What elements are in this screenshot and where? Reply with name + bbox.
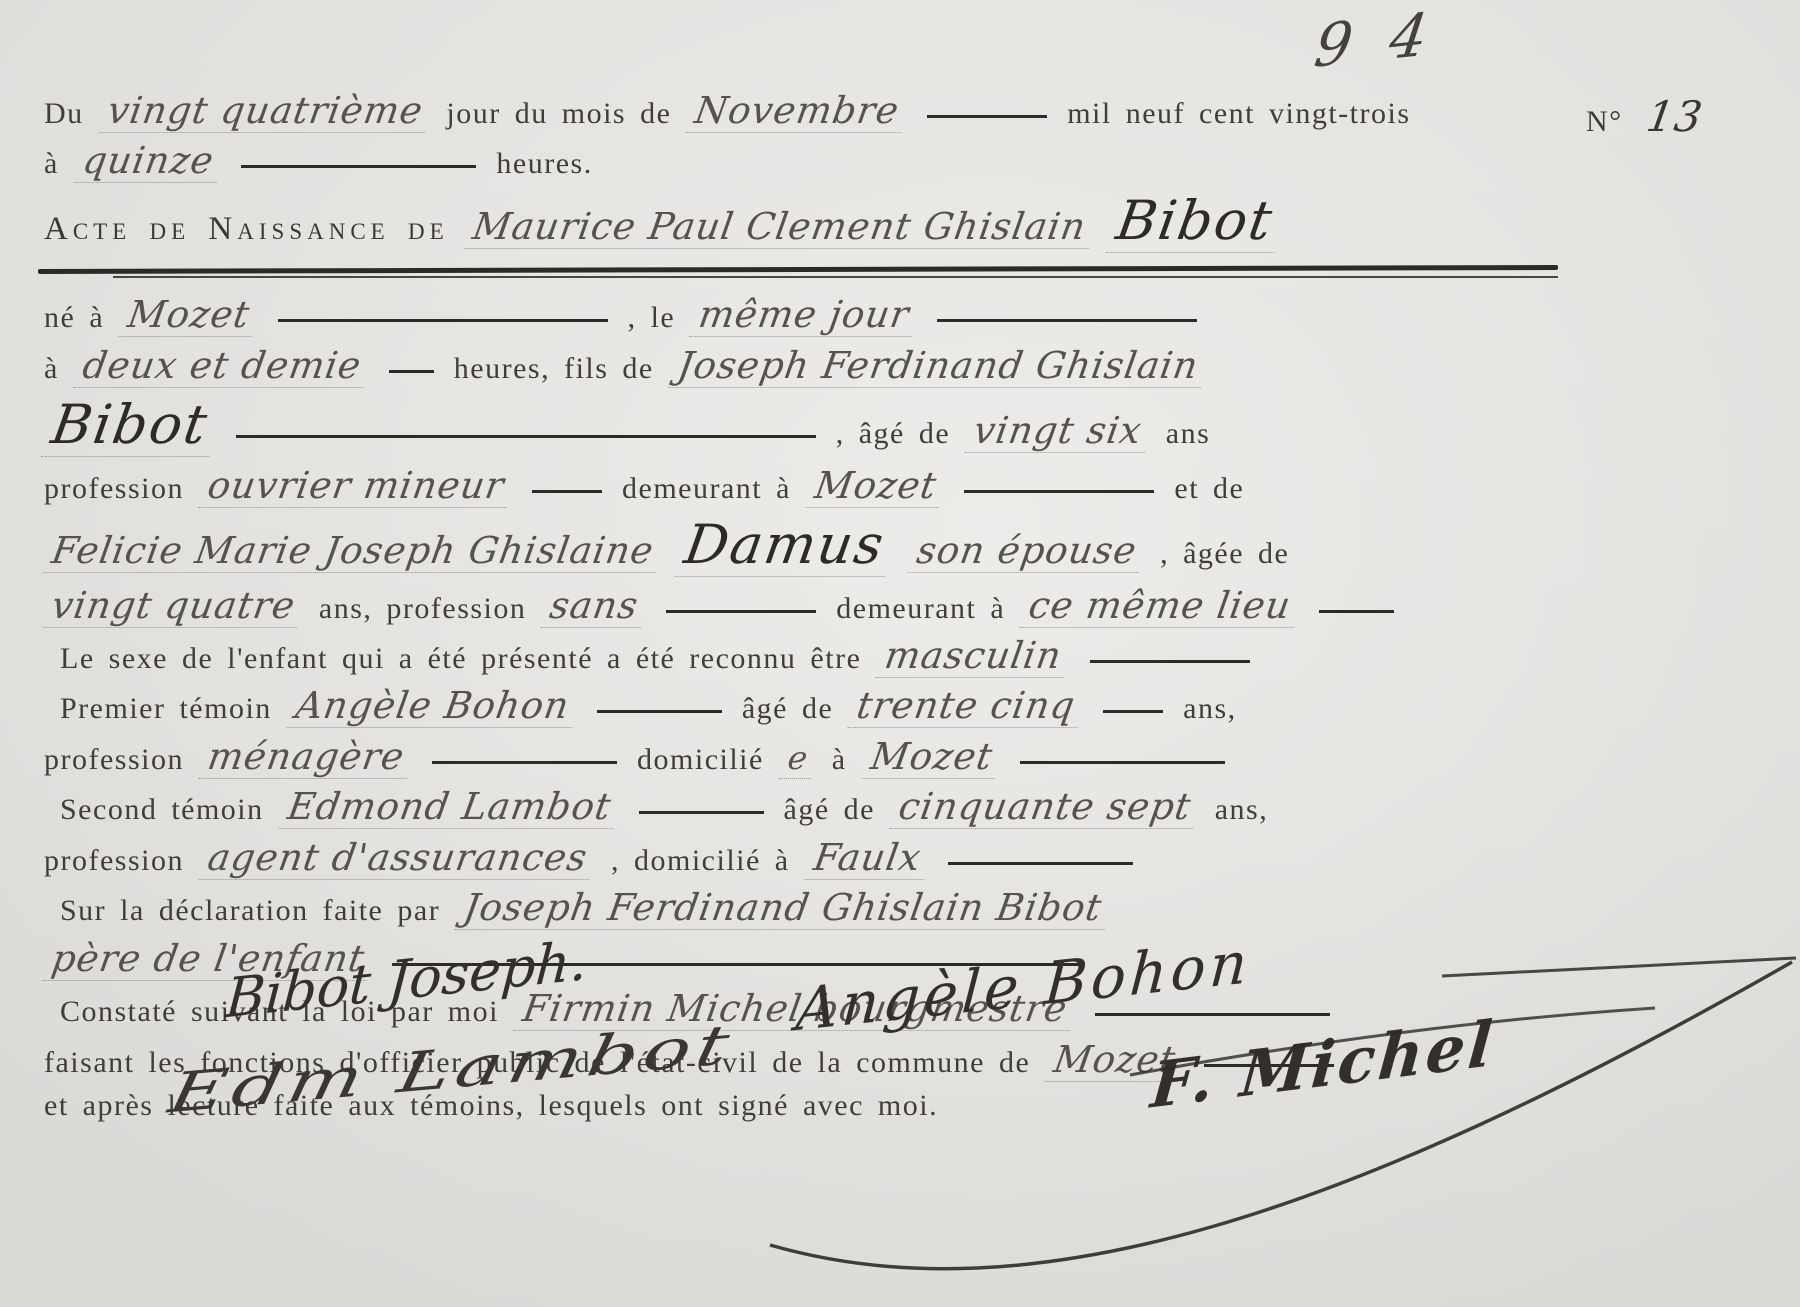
- printed-ans: ans,: [1183, 692, 1237, 725]
- hw-child-surname: Bibot: [1106, 191, 1284, 253]
- hw-mother-profession: sans: [541, 585, 648, 628]
- blank-rule: [241, 165, 476, 168]
- blank-rule: [639, 811, 764, 814]
- line-mother-profession: vingt quatre ans, profession sans demeur…: [38, 585, 1578, 628]
- blank-rule: [948, 862, 1133, 865]
- separator-thin-line: [113, 276, 1558, 278]
- blank-rule: [927, 115, 1047, 118]
- blank-rule: [389, 370, 434, 373]
- hw-feminine-e: e: [779, 741, 817, 779]
- printed-a: à: [832, 743, 847, 776]
- printed-jour-du-mois: jour du mois de: [446, 97, 671, 130]
- hw-child-given-names: Maurice Paul Clement Ghislain: [463, 206, 1095, 249]
- hw-birth-day: même jour: [690, 294, 919, 337]
- printed-demeurant-a: demeurant à: [836, 592, 1005, 625]
- blank-rule: [1020, 761, 1225, 764]
- line-acte-title: Acte de Naissance de Maurice Paul Clemen…: [38, 191, 1578, 253]
- hw-first-witness-age: trente cinq: [848, 685, 1085, 728]
- blank-rule: [1319, 610, 1394, 613]
- printed-du: Du: [44, 97, 84, 130]
- line-first-witness-profession: profession ménagère domicilié e à Mozet: [38, 736, 1578, 779]
- line-date: Du vingt quatrième jour du mois de Novem…: [38, 90, 1578, 133]
- hw-second-witness-age: cinquante sept: [890, 786, 1201, 829]
- blank-rule: [964, 490, 1154, 493]
- line-second-witness: Second témoin Edmond Lambot âgé de cinqu…: [38, 786, 1578, 829]
- blank-rule: [236, 435, 816, 438]
- printed-heures: heures.: [496, 147, 592, 180]
- hw-second-witness-name: Edmond Lambot: [278, 786, 620, 829]
- hw-mother-residence: ce même lieu: [1020, 585, 1300, 628]
- printed-agee-de: , âgée de: [1160, 537, 1289, 570]
- line-father-surname: Bibot , âgé de vingt six ans: [38, 395, 1578, 457]
- pencil-annotation: 9 4: [1310, 0, 1441, 81]
- hw-mother-given-names: Felicie Marie Joseph Ghislaine: [43, 530, 663, 573]
- line-hour: à quinze heures.: [38, 140, 1578, 183]
- hw-hour: quinze: [73, 140, 222, 183]
- hw-mother-epouse: son épouse: [907, 530, 1145, 573]
- printed-age-de: , âgé de: [836, 417, 950, 450]
- printed-ans: ans: [1166, 417, 1211, 450]
- printed-age-de: âgé de: [742, 692, 833, 725]
- blank-rule: [432, 761, 617, 764]
- printed-acte-de-naissance: Acte de Naissance de: [44, 211, 449, 247]
- hw-father-profession: ouvrier mineur: [199, 465, 514, 508]
- line-birthplace: né à Mozet , le même jour: [38, 294, 1578, 337]
- printed-heures-fils-de: heures, fils de: [454, 352, 654, 385]
- printed-declaration: Sur la déclaration faite par: [60, 894, 440, 927]
- printed-profession: profession: [44, 472, 184, 505]
- hw-sex-value: masculin: [876, 635, 1071, 678]
- printed-et-de: et de: [1174, 472, 1244, 505]
- blank-rule: [532, 490, 602, 493]
- blank-rule: [1090, 660, 1250, 663]
- hw-father-residence: Mozet: [806, 465, 946, 508]
- blank-rule: [597, 710, 722, 713]
- hw-father-surname: Bibot: [41, 395, 219, 457]
- birth-certificate-scan: 9 4 N° 13 Du vingt quatrième jour du moi…: [0, 0, 1800, 1307]
- hw-first-witness-name: Angèle Bohon: [286, 685, 578, 728]
- hw-father-age: vingt six: [965, 410, 1151, 453]
- printed-year: mil neuf cent vingt-trois: [1067, 97, 1410, 130]
- hw-day-ordinal: vingt quatrième: [98, 90, 432, 133]
- blank-rule: [278, 319, 608, 322]
- printed-age-de: âgé de: [784, 793, 875, 826]
- line-second-witness-profession: profession agent d'assurances , domicili…: [38, 837, 1578, 880]
- hw-birthplace: Mozet: [119, 294, 259, 337]
- printed-domicilie-a: , domicilié à: [611, 844, 790, 877]
- hw-mother-age: vingt quatre: [43, 585, 305, 628]
- hw-second-witness-profession: agent d'assurances: [199, 837, 597, 880]
- line-birth-hour: à deux et demie heures, fils de Joseph F…: [38, 345, 1578, 388]
- hw-month: Novembre: [686, 90, 909, 133]
- printed-premier-temoin: Premier témoin: [60, 692, 272, 725]
- printed-profession: profession: [44, 844, 184, 877]
- printed-sexe-statement: Le sexe de l'enfant qui a été présenté a…: [60, 642, 861, 675]
- printed-second-temoin: Second témoin: [60, 793, 264, 826]
- line-father-profession: profession ouvrier mineur demeurant à Mo…: [38, 465, 1578, 508]
- hw-second-witness-residence: Faulx: [804, 837, 930, 880]
- record-number-value: 13: [1637, 92, 1712, 142]
- line-first-witness: Premier témoin Angèle Bohon âgé de trent…: [38, 685, 1578, 728]
- printed-ans: ans,: [1215, 793, 1269, 826]
- printed-domicilie: domicilié: [637, 743, 764, 776]
- line-mother: Felicie Marie Joseph Ghislaine Damus son…: [38, 515, 1578, 577]
- hw-mother-surname: Damus: [675, 515, 896, 577]
- printed-ans-profession: ans, profession: [319, 592, 526, 625]
- blank-rule: [937, 319, 1197, 322]
- record-number: N° 13: [1580, 92, 1716, 142]
- blank-rule: [1103, 710, 1163, 713]
- separator: [38, 267, 1578, 278]
- printed-le: , le: [628, 301, 676, 334]
- printed-demeurant-a: demeurant à: [622, 472, 791, 505]
- signature-flourish: [700, 920, 1800, 1307]
- line-sex: Le sexe de l'enfant qui a été présenté a…: [38, 635, 1578, 678]
- hw-first-witness-profession: ménagère: [199, 736, 414, 779]
- printed-a: à: [44, 147, 59, 180]
- separator-heavy-line: [38, 265, 1558, 274]
- hw-father-given-names: Joseph Ferdinand Ghislain: [668, 345, 1207, 388]
- printed-ne-a: né à: [44, 301, 104, 334]
- record-number-label: N°: [1586, 105, 1623, 138]
- hw-first-witness-residence: Mozet: [861, 736, 1001, 779]
- printed-a: à: [44, 352, 59, 385]
- printed-profession: profession: [44, 743, 184, 776]
- blank-rule: [666, 610, 816, 613]
- hw-birth-hour: deux et demie: [73, 345, 370, 388]
